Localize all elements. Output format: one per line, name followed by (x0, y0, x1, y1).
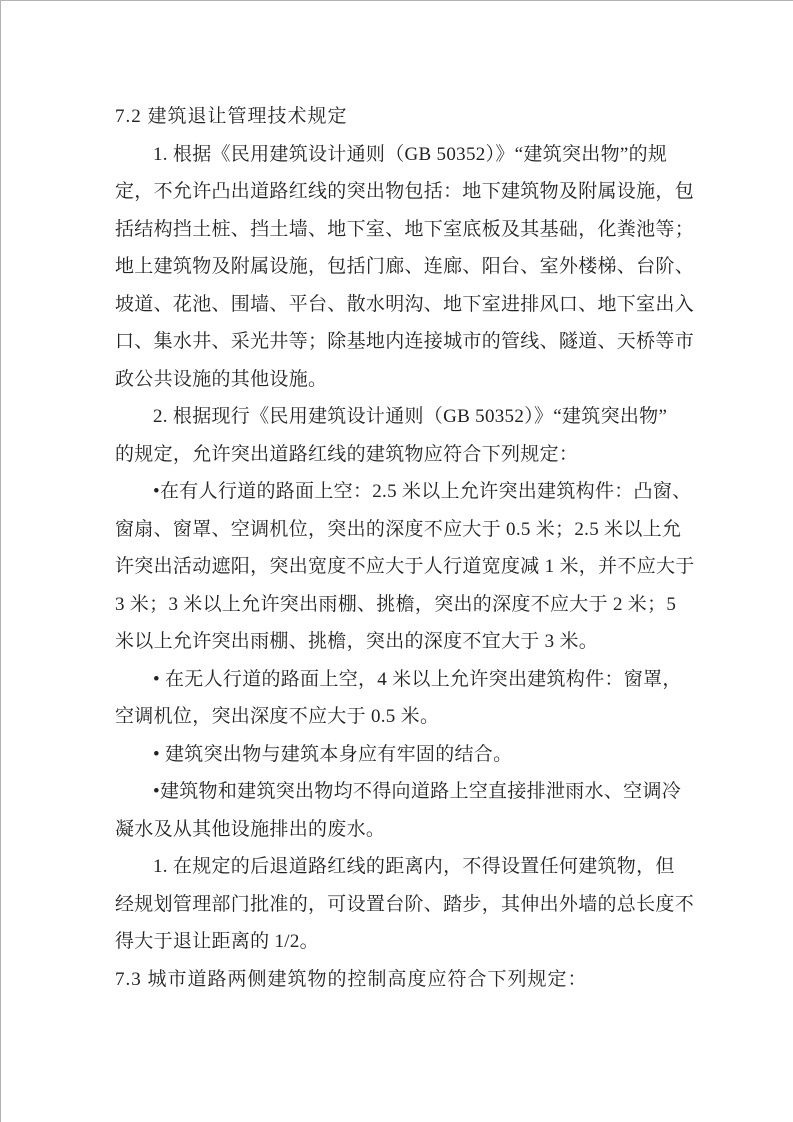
text-line: 地上建筑物及附属设施，包括门廊、连廊、阳台、室外楼梯、台阶、 (115, 248, 687, 286)
bullet-no-drainage: •建筑物和建筑突出物均不得向道路上空直接排泄雨水、空调冷凝水及从其他设施排出的废… (115, 773, 687, 848)
text-line: 经规划管理部门批准的，可设置台阶、踏步，其伸出外墙的总长度不 (115, 886, 687, 924)
bullet-no-pedestrian-walkway: • 在无人行道的路面上空，4 米以上允许突出建筑构件：窗罩，空调机位，突出深度不… (115, 661, 687, 736)
text-line: 7.3 城市道路两侧建筑物的控制高度应符合下列规定： (115, 961, 687, 999)
text-line: 的规定，允许突出道路红线的建筑物应符合下列规定： (115, 436, 687, 474)
text-line: 口、集水井、采光井等；除基地内连接城市的管线、隧道、天桥等市 (115, 323, 687, 361)
text-line: 定，不允许凸出道路红线的突出物包括：地下建筑物及附属设施，包 (115, 173, 687, 211)
text-line: 米以上允许突出雨棚、挑檐，突出的深度不宜大于 3 米。 (115, 623, 687, 661)
document-page: 7.2 建筑退让管理技术规定1. 根据《民用建筑设计通则（GB 50352）》“… (0, 0, 793, 1122)
text-line: 括结构挡土桩、挡土墙、地下室、地下室底板及其基础，化粪池等； (115, 211, 687, 249)
text-line: 坡道、花池、围墙、平台、散水明沟、地下室进排风口、地下室出入 (115, 286, 687, 324)
para-allowed-projections-intro: 2. 根据现行《民用建筑设计通则（GB 50352）》“建筑突出物”的规定，允许… (115, 398, 687, 473)
text-line: 得大于退让距离的 1/2。 (115, 923, 687, 961)
text-line: 窗扇、窗罩、空调机位，突出的深度不应大于 0.5 米；2.5 米以上允 (115, 511, 687, 549)
text-line: 空调机位，突出深度不应大于 0.5 米。 (115, 698, 687, 736)
heading-7-3: 7.3 城市道路两侧建筑物的控制高度应符合下列规定： (115, 961, 687, 999)
text-line: 1. 根据《民用建筑设计通则（GB 50352）》“建筑突出物”的规 (115, 136, 687, 174)
text-line: 3 米；3 米以上允许突出雨棚、挑檐，突出的深度不应大于 2 米；5 (115, 586, 687, 624)
text-line: 7.2 建筑退让管理技术规定 (115, 98, 687, 136)
text-line: 1. 在规定的后退道路红线的距离内，不得设置任何建筑物，但 (115, 848, 687, 886)
text-line: • 在无人行道的路面上空，4 米以上允许突出建筑构件：窗罩， (115, 661, 687, 699)
text-line: 许突出活动遮阳，突出宽度不应大于人行道宽度减 1 米，并不应大于 (115, 548, 687, 586)
document-content: 7.2 建筑退让管理技术规定1. 根据《民用建筑设计通则（GB 50352）》“… (115, 98, 687, 998)
para-setback-distance: 1. 在规定的后退道路红线的距离内，不得设置任何建筑物，但经规划管理部门批准的，… (115, 848, 687, 961)
text-line: •建筑物和建筑突出物均不得向道路上空直接排泄雨水、空调冷 (115, 773, 687, 811)
text-line: • 建筑突出物与建筑本身应有牢固的结合。 (115, 736, 687, 774)
text-line: •在有人行道的路面上空：2.5 米以上允许突出建筑构件：凸窗、 (115, 473, 687, 511)
text-line: 2. 根据现行《民用建筑设计通则（GB 50352）》“建筑突出物” (115, 398, 687, 436)
text-line: 政公共设施的其他设施。 (115, 361, 687, 399)
bullet-firm-connection: • 建筑突出物与建筑本身应有牢固的结合。 (115, 736, 687, 774)
text-line: 凝水及从其他设施排出的废水。 (115, 811, 687, 849)
heading-7-2: 7.2 建筑退让管理技术规定 (115, 98, 687, 136)
bullet-pedestrian-walkway: •在有人行道的路面上空：2.5 米以上允许突出建筑构件：凸窗、窗扇、窗罩、空调机… (115, 473, 687, 661)
para-prohibited-projections: 1. 根据《民用建筑设计通则（GB 50352）》“建筑突出物”的规定，不允许凸… (115, 136, 687, 399)
